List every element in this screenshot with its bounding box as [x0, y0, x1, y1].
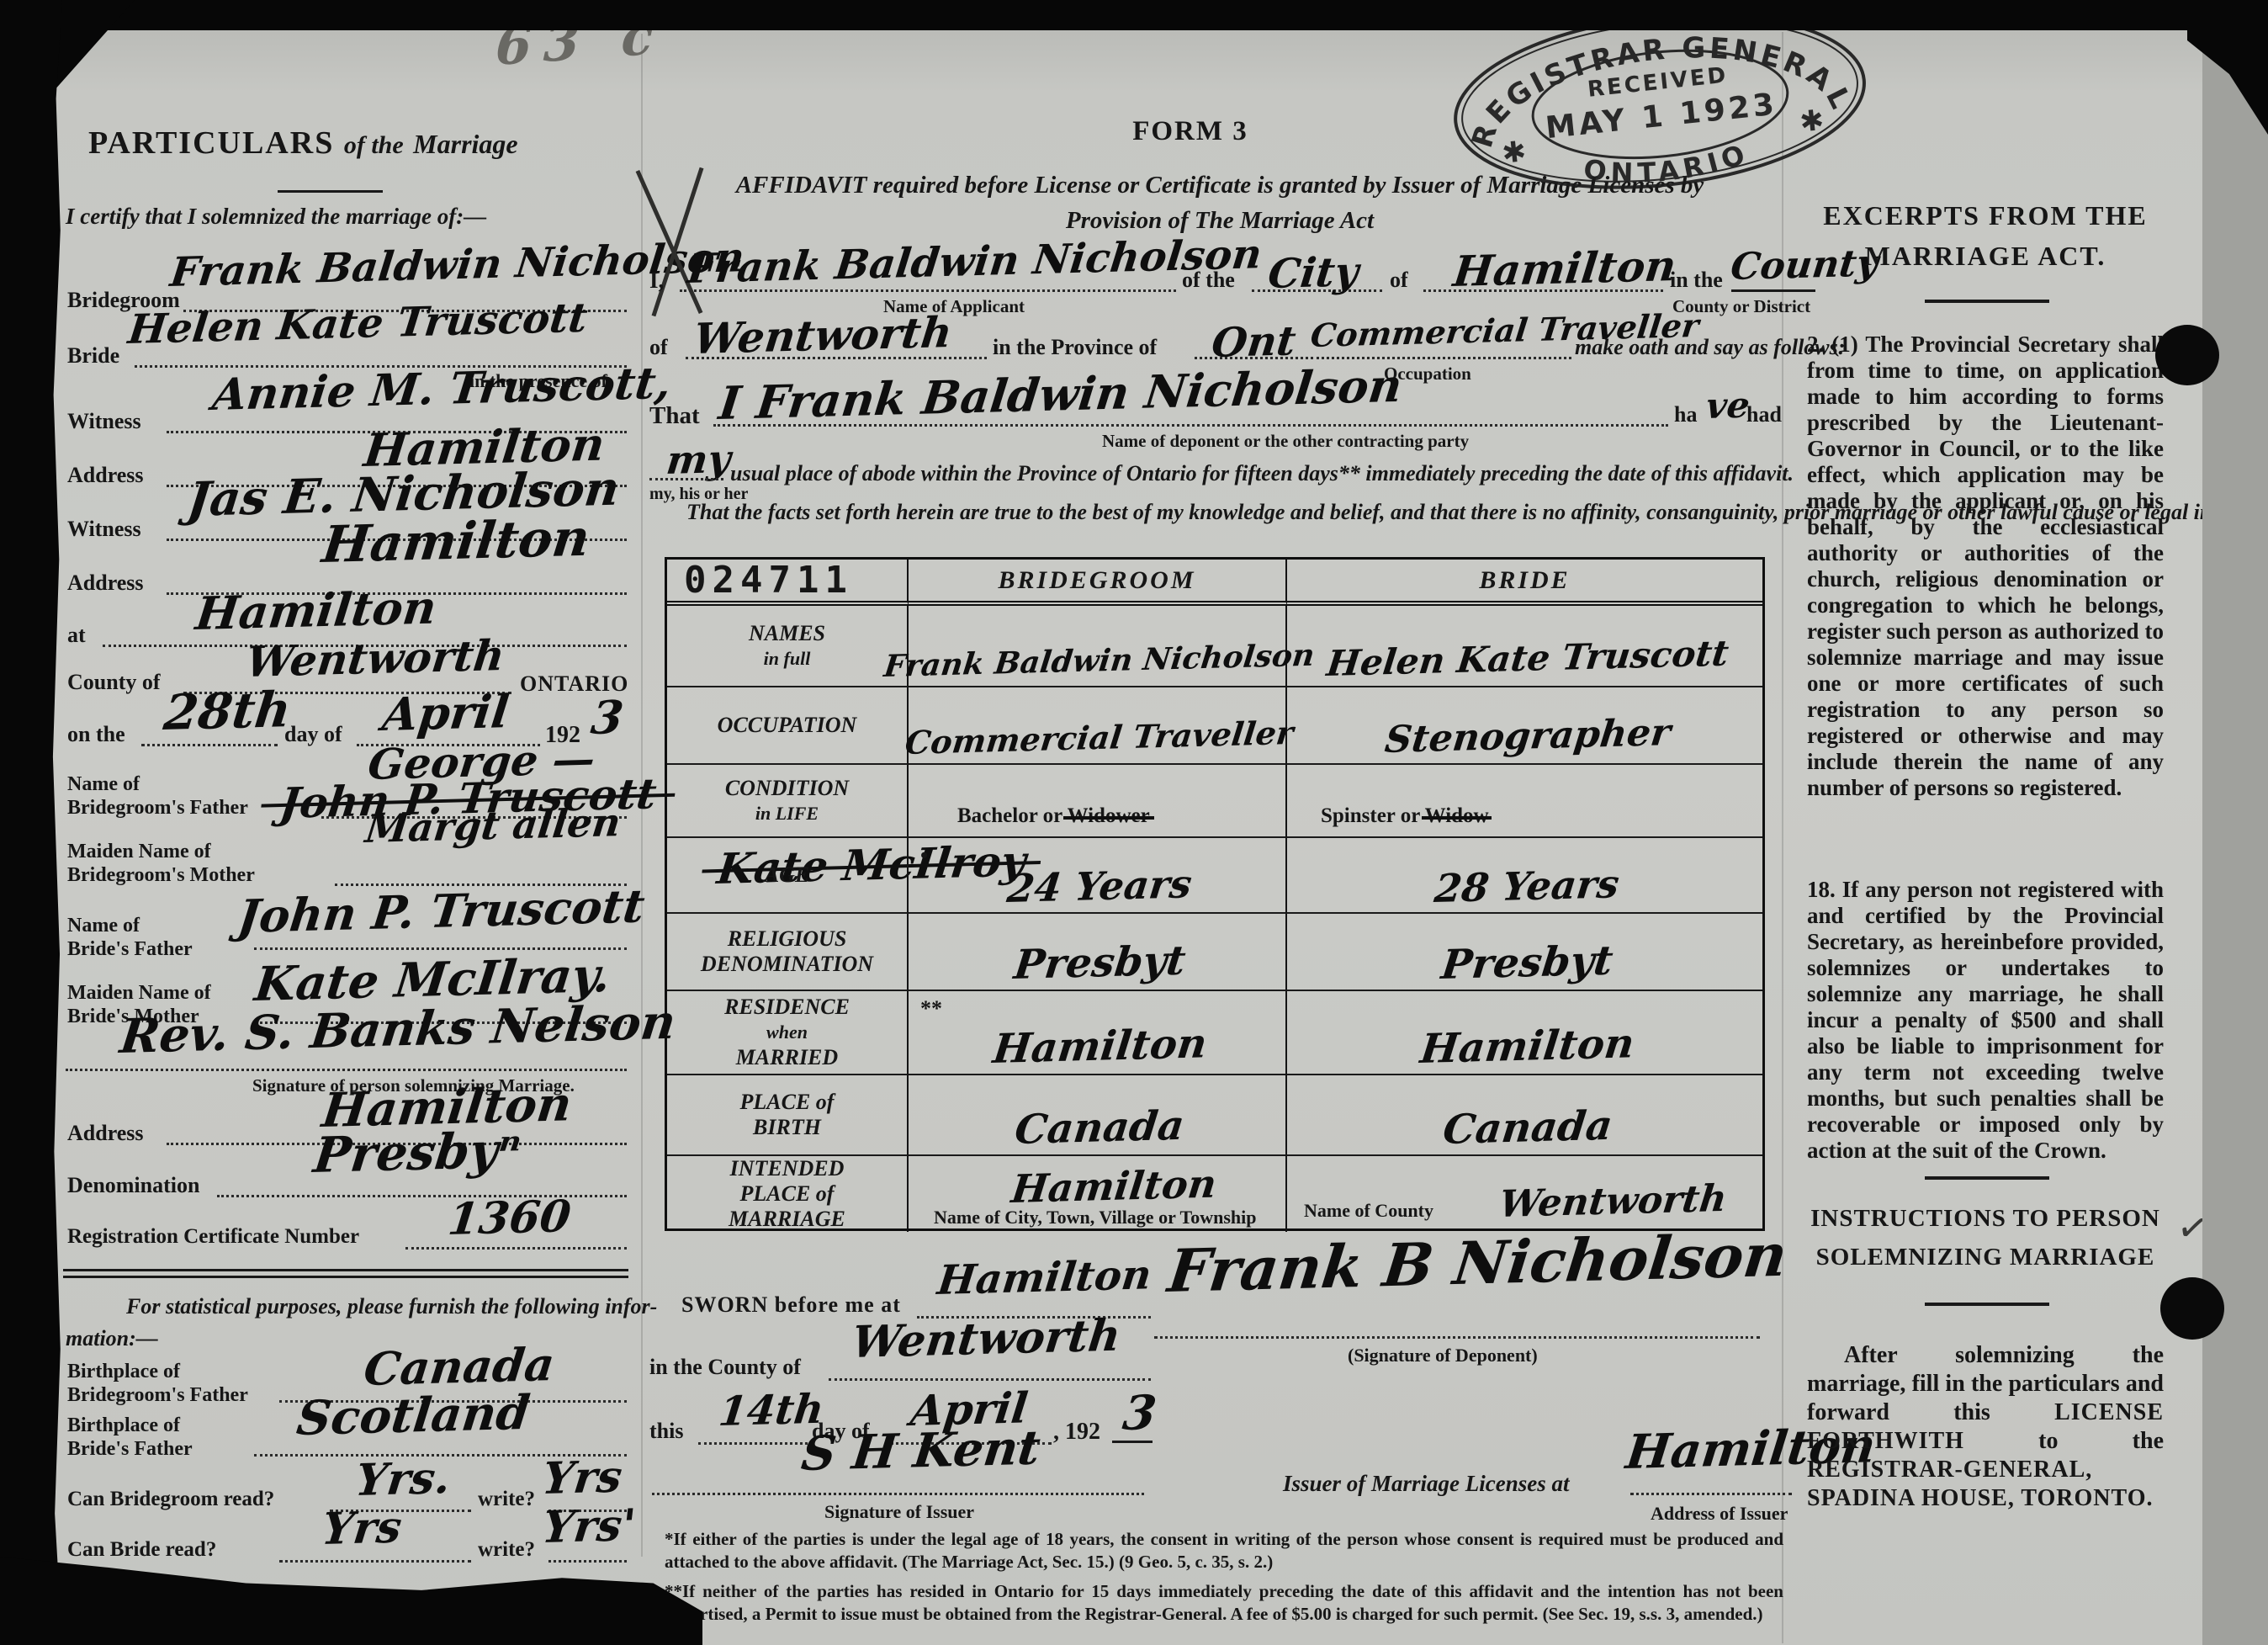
row-intended-label: INTENDED PLACE of MARRIAGE	[667, 1156, 909, 1232]
row-age-bride: 28 Years	[1287, 838, 1762, 914]
l1-place-handwritten: Hamilton	[1451, 245, 1678, 293]
row-names-label-2: in full	[764, 646, 811, 671]
bride-write-label: write?	[478, 1538, 535, 1562]
condition-groom-struck: Widower	[1068, 804, 1150, 827]
row-religion-label: RELIGIOUS DENOMINATION	[667, 914, 909, 991]
excerpts-para-18: 18. If any person not registered with an…	[1807, 877, 2164, 1164]
issuer-address-caption: Address of Issuer	[1651, 1503, 1788, 1525]
groom-father-label-1: Name of	[67, 772, 248, 796]
sworn-this-label: this	[649, 1419, 683, 1444]
statistical-line2: mation:—	[66, 1326, 158, 1351]
address1-label: Address	[67, 463, 144, 488]
age-bride-handwritten: 28 Years	[1433, 864, 1621, 908]
groom-mother-label-1: Maiden Name of	[67, 840, 255, 863]
row-names-bride: Helen Kate Truscott	[1287, 606, 1762, 687]
row-intended-groom: Hamilton Name of City, Town, Village or …	[909, 1156, 1287, 1232]
solemnizer-signature-handwritten: Rev. S. Banks Nelson	[118, 999, 678, 1060]
intended-groom-handwritten: Hamilton	[1009, 1165, 1218, 1208]
sworn-day-line	[698, 1442, 808, 1445]
row-intended-bride: Name of County Wentworth	[1287, 1156, 1762, 1232]
l2-province-handwritten: Ont	[1210, 321, 1298, 363]
row-condition-label-2: in LIFE	[755, 801, 819, 826]
age-groom-handwritten: 24 Years	[1005, 864, 1194, 908]
groom-mother-label: Maiden Name of Bridegroom's Mother	[67, 840, 255, 887]
certify-line: I certify that I solemnized the marriage…	[66, 204, 486, 230]
divider-rule-1	[63, 1269, 628, 1271]
occupation-bride-handwritten: Stenographer	[1383, 714, 1672, 759]
issuer-signature-line	[652, 1493, 1144, 1495]
can-bride-read-label: Can Bride read?	[67, 1538, 216, 1562]
residence-footnote-mark: **	[920, 996, 942, 1021]
row-condition-groom: Bachelor or Widower	[909, 765, 1287, 838]
bridegroom-bride-table: 024711 BRIDEGROOM BRIDE NAMES in full Fr…	[665, 557, 1765, 1231]
groom-mother-correction-handwritten: Margt allen	[363, 803, 623, 848]
bride-write-handwritten: Yrs'	[540, 1504, 638, 1550]
witness1-handwritten: Annie M. Truscott,	[210, 362, 673, 417]
instructions-title-2: SOLEMNIZING MARRIAGE	[1809, 1244, 2162, 1271]
condition-bride-text: Spinster or	[1321, 804, 1425, 827]
intended-groom-caption: Name of City, Town, Village or Township	[934, 1207, 1256, 1228]
row-intended-label-3: MARRIAGE	[729, 1207, 845, 1232]
row-birthplace-label-2: BIRTH	[753, 1115, 821, 1140]
row-age-groom: • 24 Years	[909, 838, 1287, 914]
row-birthplace-bride: Canada	[1287, 1075, 1762, 1156]
photo-edge-top	[0, 0, 2268, 30]
day-of-label: day of	[284, 722, 342, 747]
row-occupation-groom: Commercial Traveller	[909, 687, 1287, 765]
county-handwritten: Wentworth	[244, 634, 506, 683]
affidavit-heading-2: Provision of The Marriage Act	[648, 207, 1792, 235]
witness1-label: Witness	[67, 409, 141, 434]
sworn-county-label: in the County of	[649, 1355, 801, 1380]
sworn-year-printed: , 192	[1053, 1419, 1100, 1446]
l2-of: of	[649, 335, 668, 360]
bp-groom-father-label-2: Bridegroom's Father	[67, 1383, 248, 1407]
instructions-rule-top	[1925, 1176, 2049, 1180]
groom-write-handwritten: Yrs	[540, 1456, 624, 1501]
row-condition-bride: Spinster or Widow	[1287, 765, 1762, 838]
bp-groom-father-label: Birthplace of Bridegroom's Father	[67, 1360, 248, 1407]
bride-father-label: Name of Bride's Father	[67, 914, 193, 961]
row-religion-label-2: DENOMINATION	[701, 952, 873, 977]
row-residence-label-2: when	[766, 1020, 808, 1045]
instructions-text-2: to the	[1964, 1428, 2164, 1454]
birthplace-groom-handwritten: Canada	[1013, 1106, 1186, 1150]
l1-county-line	[1731, 289, 1815, 292]
bride-name-handwritten: Helen Kate Truscott	[126, 298, 590, 350]
l1-of: of	[1390, 268, 1408, 293]
row-occupation-label: OCCUPATION	[667, 687, 909, 765]
names-bride-handwritten: Helen Kate Truscott	[1325, 636, 1730, 682]
residence-bride-handwritten: Hamilton	[1418, 1023, 1636, 1069]
l3-that: That	[649, 402, 700, 430]
row-age-label: AGE	[667, 838, 909, 914]
l1-of-the: of the	[1182, 268, 1235, 293]
photo-edge-left	[0, 0, 62, 1645]
month-handwritten: April	[380, 688, 511, 737]
instructions-title-1: INSTRUCTIONS TO PERSON	[1809, 1205, 2162, 1233]
l4-my-handwritten: my	[665, 439, 733, 480]
row-residence-label-1: RESIDENCE	[724, 995, 850, 1020]
statistical-line1: For statistical purposes, please furnish…	[126, 1294, 657, 1319]
religion-groom-handwritten: Presbyt	[1012, 941, 1188, 985]
sworn-place-handwritten: Hamilton	[935, 1255, 1153, 1301]
row-birthplace-label: PLACE of BIRTH	[667, 1075, 909, 1156]
table-serial-cell: 024711	[667, 560, 909, 606]
row-condition-label-1: CONDITION	[725, 776, 849, 801]
bp-bride-father-label-2: Bride's Father	[67, 1437, 193, 1461]
photo-edge-right-strip	[2202, 0, 2268, 1645]
form-number: FORM 3	[1119, 116, 1262, 147]
particulars-title-main: PARTICULARS	[88, 125, 334, 161]
bride-father-label-1: Name of	[67, 914, 193, 937]
facts-paragraph: That the facts set forth herein are true…	[648, 498, 1794, 527]
row-religion-label-1: RELIGIOUS	[728, 926, 847, 952]
footnote-2: **If neither of the parties has resided …	[665, 1580, 1783, 1626]
particulars-title-of-the: of the	[344, 131, 404, 159]
footnote-1: *If either of the parties is under the l…	[665, 1528, 1783, 1573]
row-birthplace-groom: Canada	[909, 1075, 1287, 1156]
solemnizer-line	[66, 1069, 627, 1071]
bride-label: Bride	[67, 343, 119, 369]
title-rule	[278, 190, 383, 193]
bp-bride-father-handwritten: Scotland	[294, 1389, 533, 1442]
serial-number: 024711	[684, 559, 853, 602]
sworn-label: SWORN before me at	[681, 1292, 901, 1318]
row-names-label: NAMES in full	[667, 606, 909, 687]
l1-in-the: in the	[1670, 268, 1723, 293]
row-occupation-label-1: OCCUPATION	[718, 713, 857, 738]
occupation-groom-handwritten: Commercial Traveller	[903, 717, 1295, 759]
row-religion-groom: Presbyt	[909, 914, 1287, 991]
sworn-year-line	[1112, 1441, 1153, 1443]
age-footnote-mark: •	[920, 843, 928, 868]
row-intended-label-1: INTENDED	[730, 1156, 845, 1181]
names-groom-handwritten: Frank Baldwin Nicholson	[882, 640, 1316, 682]
l1-city-handwritten: City	[1266, 252, 1360, 295]
bride-father-label-2: Bride's Father	[67, 937, 193, 961]
issuer-address-line	[1630, 1493, 1792, 1495]
intended-bride-handwritten: Wentworth	[1497, 1181, 1729, 1223]
witness2-label: Witness	[67, 517, 141, 542]
intended-bride-caption: Name of County	[1304, 1200, 1433, 1222]
at-handwritten: Hamilton	[193, 585, 439, 636]
bp-groom-father-label-1: Birthplace of	[67, 1360, 248, 1383]
row-names-label-1: NAMES	[749, 621, 825, 646]
instructions-registrar-general: REGISTRAR-GENERAL, SPADINA HOUSE, TORONT…	[1807, 1457, 2153, 1511]
bride-mother-label-1: Maiden Name of	[67, 981, 211, 1005]
l2-oath-text: make oath and say as follows:	[1575, 335, 1845, 360]
bride-father-handwritten: John P. Truscott	[236, 883, 647, 939]
on-the-label: on the	[67, 722, 125, 747]
pencil-x-stroke-1	[652, 167, 704, 316]
deponent-signature-handwritten: Frank B Nicholson	[1165, 1226, 1790, 1301]
at-label: at	[67, 623, 86, 648]
issuer-signature-handwritten: S H Kent	[799, 1425, 1042, 1478]
instructions-paragraph: After solemnizing the marriage, fill in …	[1807, 1341, 2164, 1513]
bride-write-line	[548, 1560, 627, 1563]
residence-groom-handwritten: Hamilton	[991, 1023, 1209, 1069]
l4-my-line	[649, 478, 723, 480]
l4-abode-text: usual place of abode within the Province…	[730, 461, 1794, 486]
l3-had: had	[1746, 402, 1782, 427]
issuer-licenses-label: Issuer of Marriage Licenses at	[1283, 1471, 1570, 1497]
birthplace-bride-handwritten: Canada	[1441, 1106, 1614, 1150]
groom-read-handwritten: Yrs.	[353, 1457, 453, 1503]
excerpts-para-2: 2. (1) The Provincial Secretary shall fr…	[1807, 332, 2164, 801]
bride-read-handwritten: Yrs	[320, 1506, 404, 1552]
row-names-groom: Frank Baldwin Nicholson	[909, 606, 1287, 687]
condition-groom-text: Bachelor or	[957, 804, 1068, 827]
county-label: County of	[67, 670, 161, 695]
denomination-handwritten: Presbyⁿ	[311, 1126, 523, 1180]
can-groom-read-label: Can Bridegroom read?	[67, 1488, 274, 1511]
row-intended-label-2: PLACE of	[740, 1181, 835, 1207]
row-religion-bride: Presbyt	[1287, 914, 1762, 991]
stamp-star-right: ✱	[1799, 103, 1826, 140]
groom-father-label-2: Bridegroom's Father	[67, 796, 248, 820]
excerpts-title-1: EXCERPTS FROM THE	[1809, 200, 2162, 231]
row-residence-label-3: MARRIED	[736, 1045, 838, 1070]
row-residence-label: RESIDENCE when MARRIED	[667, 991, 909, 1075]
sworn-county-line	[829, 1378, 1151, 1381]
address2-label: Address	[67, 570, 144, 596]
condition-bride-printed: Spinster or Widow	[1321, 804, 1489, 828]
sworn-year-handwritten: 3	[1121, 1389, 1159, 1437]
bp-bride-father-label-1: Birthplace of	[67, 1414, 193, 1437]
row-residence-bride: Hamilton	[1287, 991, 1762, 1075]
excerpts-rule	[1925, 300, 2049, 303]
instructions-rule-bottom	[1925, 1303, 2049, 1306]
religion-bride-handwritten: Presbyt	[1439, 941, 1615, 985]
l3-ha: ha	[1674, 402, 1697, 427]
particulars-title-marriage: Marriage	[413, 129, 517, 159]
sworn-county-handwritten: Wentworth	[850, 1314, 1123, 1365]
row-occupation-bride: Stenographer	[1287, 687, 1762, 765]
regnum-line	[405, 1247, 627, 1250]
divider-rule-2	[63, 1276, 628, 1278]
bride-read-line	[279, 1560, 471, 1563]
l3-ve-handwritten: ve	[1704, 388, 1751, 424]
pencil-x-mark	[627, 164, 728, 324]
address3-label: Address	[67, 1121, 144, 1146]
groom-father-label: Name of Bridegroom's Father	[67, 772, 248, 820]
punch-hole-bottom	[2160, 1277, 2224, 1340]
groom-write-label: write?	[478, 1488, 535, 1511]
l2-county-handwritten: Wentworth	[692, 311, 954, 360]
regnum-label: Registration Certificate Number	[67, 1225, 359, 1249]
l1-i: I,	[649, 268, 664, 294]
l2-province-label: in the Province of	[993, 335, 1157, 360]
denomination-label: Denomination	[67, 1173, 199, 1198]
particulars-title: PARTICULARS of the Marriage	[88, 125, 518, 162]
row-age-label-1: AGE	[765, 862, 809, 888]
groom-mother-label-2: Bridegroom's Mother	[67, 863, 255, 887]
deponent-caption: (Signature of Deponent)	[1348, 1345, 1538, 1366]
l3-deponent-caption: Name of deponent or the other contractin…	[1102, 431, 1469, 452]
condition-bride-struck: Widow	[1425, 804, 1489, 827]
excerpts-title-2: MARRIAGE ACT.	[1809, 241, 2162, 272]
row-birthplace-label-1: PLACE of	[740, 1090, 835, 1115]
scanned-marriage-affidavit-document: PARTICULARS of the Marriage I certify th…	[0, 0, 2268, 1645]
deponent-signature-line	[1154, 1336, 1760, 1339]
issuer-caption: Signature of Issuer	[824, 1501, 974, 1523]
stamp-star-left: ✱	[1501, 135, 1529, 171]
address2-handwritten: Hamilton	[320, 513, 592, 570]
bp-bride-father-label: Birthplace of Bride's Father	[67, 1414, 193, 1461]
day-handwritten: 28th	[162, 685, 294, 737]
regnum-handwritten: 1360	[446, 1195, 573, 1242]
table-header-bridegroom: BRIDEGROOM	[909, 560, 1287, 606]
row-residence-groom: ** Hamilton	[909, 991, 1287, 1075]
day-line	[141, 744, 278, 746]
row-condition-label: CONDITION in LIFE	[667, 765, 909, 838]
table-header-bride: BRIDE	[1287, 560, 1762, 606]
condition-groom-printed: Bachelor or Widower	[957, 804, 1150, 828]
punch-hole-top	[2155, 325, 2219, 385]
